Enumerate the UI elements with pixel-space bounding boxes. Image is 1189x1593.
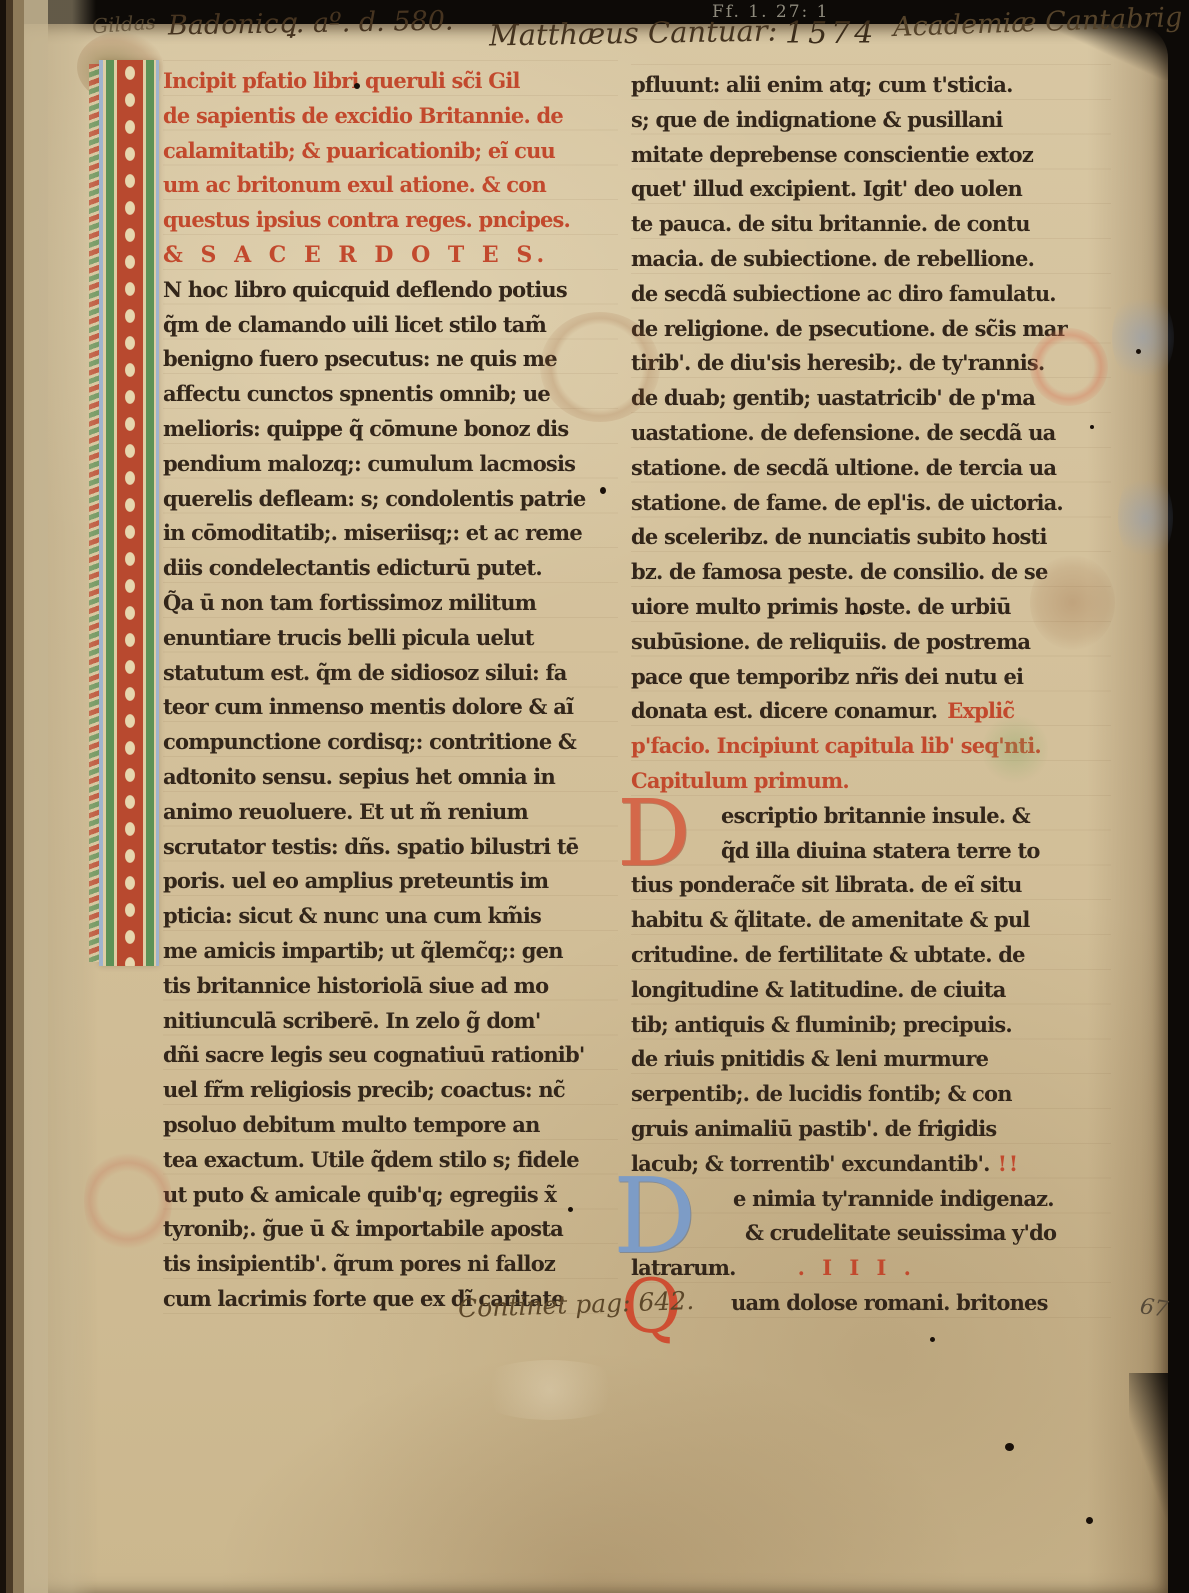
text-line: s; que de indignatione & pusillani [631, 103, 1111, 138]
rubric-line: p'facio. Incipiunt capitula lib' seq'nti… [631, 729, 1111, 764]
chapter2-line: & crudelitate seuissima y'do [631, 1216, 1111, 1251]
text-line: tis insipientib'. q̃rum pores ni falloz [163, 1247, 618, 1282]
ink-speck [860, 610, 865, 615]
text-line: dñi sacre legis seu cognatiuū rationib' [163, 1038, 618, 1073]
text-line: scrutator testis: dñs. spatio bilustri t… [163, 830, 618, 865]
text-line: statione. de fame. de epl'is. de uictori… [631, 486, 1111, 521]
text-line: pticia: sicut & nunc una cum km̃is [163, 899, 618, 934]
text-line: nitiunculā scriberē. In zelo g̃ dom' [163, 1004, 618, 1039]
ink-speck [600, 487, 606, 494]
chapter1-line: longitudine & latitudine. de ciuita [631, 973, 1111, 1008]
chapter1-line: q̃d illa diuina statera terre to [631, 834, 1111, 869]
text-line: q̃m de clamando uili licet stilo tam̃ [163, 308, 618, 343]
ink-speck [1090, 425, 1094, 429]
photo-bottom-shadow [1129, 1373, 1189, 1593]
rubric-line: Incipit pfatio libri queruli sc̃i Gil [163, 64, 618, 99]
text-line: de secdã subiectione ac diro famulatu. [631, 277, 1111, 312]
text-line: tis britannice historiolā siue ad mo [163, 969, 618, 1004]
text-line: macia. de subiectione. de rebellione. [631, 242, 1111, 277]
text-line: subūsione. de reliquiis. de postrema [631, 625, 1111, 660]
chapter1-line: habitu & q̃litate. de amenitate & pul [631, 903, 1111, 938]
text-line: N hoc libro quicquid deflendo potius [163, 273, 618, 308]
shelfmark-pencil: Ff. 1. 27: 1 [712, 2, 830, 22]
text-line: teor cum inmenso mentis dolore & aĩ [163, 690, 618, 725]
text-line: diis condelectantis edicturū putet. [163, 551, 618, 586]
text-line: de duab; gentib; uastatricib' de p'ma [631, 381, 1111, 416]
rubric-line: & S A C E R D O T E S. [163, 238, 618, 273]
rubric-line: Capitulum primum. [631, 764, 1111, 799]
text-line: de religione. de psecutione. de sc̃is ma… [631, 312, 1111, 347]
ink-speck [930, 1337, 935, 1342]
text-line: statutum est. q̃m de sidiosoz silui: fa [163, 656, 618, 691]
chapter1-line: tib; antiquis & fluminib; precipuis. [631, 1008, 1111, 1043]
chapter1-line: gruis animaliū pastib'. de frigidis [631, 1112, 1111, 1147]
text-line: uastatione. de defensione. de secdã ua [631, 416, 1111, 451]
text-line: pendium malozq;: cumulum lacmosis [163, 447, 618, 482]
chapter1-line: tius ponderac̃e sit librata. de eĩ situ [631, 868, 1111, 903]
text-line: mitate deprebense conscientie extoz [631, 138, 1111, 173]
text-line: melioris: quippe q̃ cōmune bonoz dis [163, 412, 618, 447]
illuminated-initial-I-bar [99, 60, 159, 966]
text-line: bz. de famosa peste. de consilio. de se [631, 555, 1111, 590]
red-initial-D: D [617, 794, 690, 874]
left-text-column: Incipit pfatio libri queruli sc̃i Gil de… [163, 64, 618, 1317]
bar-leaf-pattern [117, 60, 143, 966]
text-line: quet' illud excipient. Igit' deo uolen [631, 172, 1111, 207]
chapter1-line: lacub; & torrentib' excundantib'.!! [631, 1147, 1111, 1182]
text-line: Q̃a ū non tam fortissimoz militum [163, 586, 618, 621]
text-line: tea exactum. Utile q̃dem stilo s; fidele [163, 1143, 618, 1178]
ink-speck [354, 83, 360, 89]
chapter1-line: de riuis pnitidis & leni murmure [631, 1042, 1111, 1077]
text-line: animo reuoluere. Et ut m̃ renium [163, 795, 618, 830]
ink-speck [1136, 349, 1141, 354]
text-line: pace que temporibz nr̃is dei nutu ei [631, 660, 1111, 695]
folio-number: 67 [1138, 1294, 1169, 1323]
text-line: te pauca. de situ britannie. de contu [631, 207, 1111, 242]
chapter2-line: latrarum.. I I I . [631, 1251, 1111, 1286]
wormhole-speck [1086, 1517, 1093, 1524]
text-line: me amicis impartib; ut q̃lemc̃q;: gen [163, 934, 618, 969]
rubric-line: questus ipsius contra reges. pncipes. [163, 203, 618, 238]
rubric-line: de sapientis de excidio Britannie. de [163, 99, 618, 134]
text-line: benigno fuero psecutus: ne quis me [163, 342, 618, 377]
explicit-red: Explic̃ [947, 698, 1014, 723]
text-line: uiore multo primis hoste. de urbiū [631, 590, 1111, 625]
annotation-gildas: Gildas [91, 10, 156, 38]
text-line: psoluo debitum multo tempore an [163, 1108, 618, 1143]
explicit-black: donata est. dicere conamur. [631, 698, 937, 723]
ink-speck [568, 1207, 573, 1212]
text-line: statione. de secdã ultione. de tercia ua [631, 451, 1111, 486]
text-line: uel fr̃m religiosis precib; coactus: nc̃ [163, 1073, 618, 1108]
red-chapter-numeral: . I I I . [798, 1255, 916, 1280]
text-line: affectu cunctos spnentis omnib; ue [163, 377, 618, 412]
text-line: ut puto & amicale quib'q; egregiis x̃ [163, 1178, 618, 1213]
chapter1-line: serpentib;. de lucidis fontib; & con [631, 1077, 1111, 1112]
text-line: in cōmoditatib;. miseriisq;: et ac reme [163, 516, 618, 551]
chapter1-line: escriptio britannie insule. & [631, 799, 1111, 834]
explicit-line: donata est. dicere conamur.Explic̃ [631, 694, 1111, 729]
red-paragraph-mark: !! [998, 1151, 1020, 1176]
rubric-line: um ac britonum exul atione. & con [163, 168, 618, 203]
text-line: de sceleribz. de nunciatis subito hosti [631, 520, 1111, 555]
chapter1-line: critudine. de fertilitate & ubtate. de [631, 938, 1111, 973]
text-line: tirib'. de diu'sis heresib;. de ty'ranni… [631, 346, 1111, 381]
rubric-line: calamitatib; & puaricationib; eĩ cuu [163, 134, 618, 169]
annotation-badonicus-date: Badonicꝗ. aº. d. 580. [168, 6, 454, 42]
right-text-column: D D Q pfluunt: alii enim atq; cum t'stic… [631, 68, 1111, 1321]
chapter3-line: uam dolose romani. britones [631, 1286, 1111, 1321]
chapter2-line: e nimia ty'rannide indigenaz. [631, 1182, 1111, 1217]
wormhole-speck [1005, 1443, 1014, 1451]
blue-initial-D: D [613, 1170, 696, 1262]
text-line: poris. uel eo amplius preteuntis im [163, 864, 618, 899]
text-line: compunctione cordisq;: contritione & [163, 725, 618, 760]
text-line: querelis defleam: s; condolentis patrie [163, 482, 618, 517]
text-line: enuntiare trucis belli picula uelut [163, 621, 618, 656]
manuscript-photo: Gildas Badonicꝗ. aº. d. 580. Matthæus Ca… [0, 0, 1189, 1593]
text-line: adtonito sensu. sepius het omnia in [163, 760, 618, 795]
text-line: tyronib;. g̃ue ū & importabile aposta [163, 1212, 618, 1247]
